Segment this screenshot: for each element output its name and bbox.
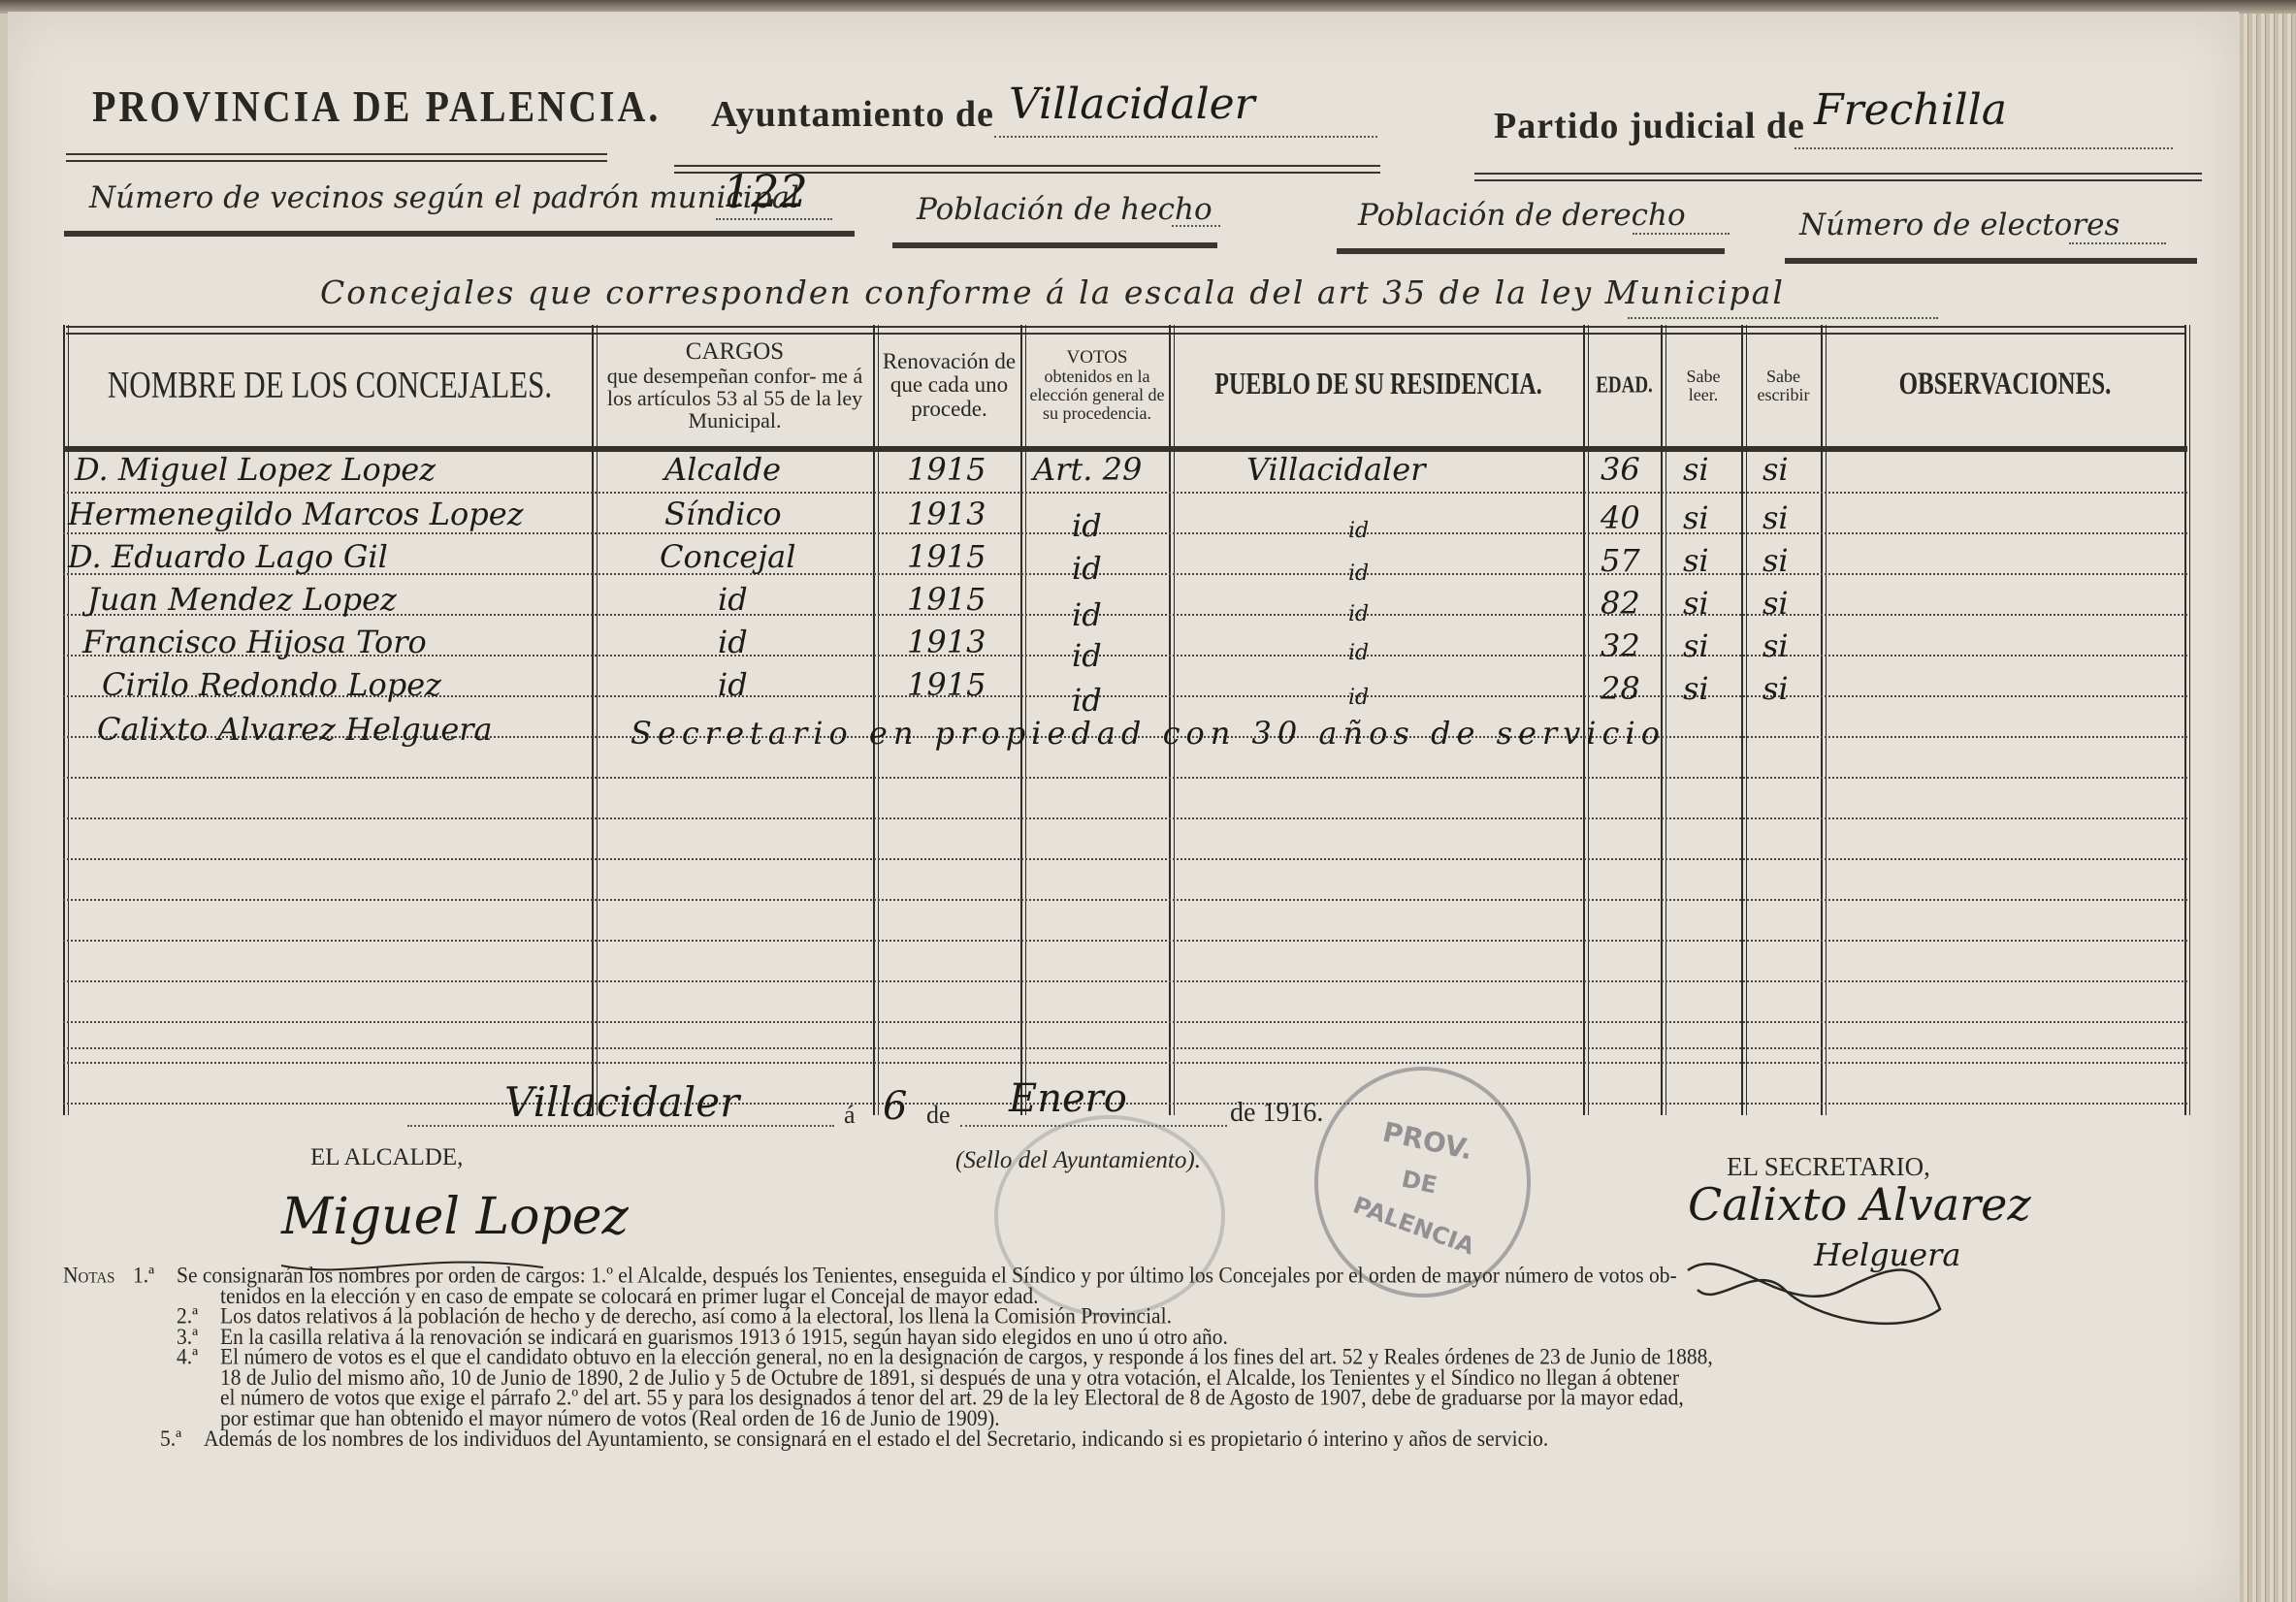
date-year: de 1916. (1230, 1098, 1323, 1129)
cell-edad: 82 (1601, 585, 1640, 622)
rule (1337, 248, 1725, 254)
col-header-leer: Sabe leer. (1665, 325, 1741, 446)
cell-edad: 36 (1601, 451, 1640, 488)
col-header-votos-title: VOTOS (1067, 348, 1128, 368)
cell-votos: id (1072, 507, 1102, 544)
col-header-cargos-sub: que desempeñan confor- me á los artículo… (604, 365, 866, 432)
cell-renovacion: 1913 (907, 496, 986, 532)
row-rule (63, 899, 2187, 901)
note-number: 1.ª (133, 1266, 177, 1286)
cell-cargo: id (718, 581, 748, 618)
cell-nombre: Hermenegildo Marcos Lopez (68, 496, 524, 532)
row-rule (63, 532, 2187, 534)
col-header-cargos: CARGOS que desempeñan confor- me á los a… (597, 325, 873, 446)
cell-pueblo: id (1348, 561, 1369, 586)
cell-pueblo: id (1348, 641, 1369, 665)
cell-edad: 32 (1601, 627, 1640, 664)
partido-value: Frechilla (1814, 85, 2007, 135)
date-place: Villacidaler (504, 1078, 739, 1126)
vecinos-dotline (716, 218, 832, 220)
row-rule (63, 940, 2187, 942)
col-header-observaciones-text: OBSERVACIONES. (1899, 368, 2112, 401)
book-gutter (0, 14, 8, 1602)
cell-nombre: Calixto Alvarez Helguera (97, 711, 493, 748)
row-rule (63, 858, 2187, 860)
cell-escribir: si (1762, 451, 1789, 488)
cell-escribir: si (1762, 499, 1789, 536)
secretario-signature-line1: Calixto Alvarez (1688, 1178, 2031, 1231)
cell-pueblo: id (1348, 686, 1369, 710)
ayuntamiento-label: Ayuntamiento de (711, 93, 994, 136)
cell-pueblo: Villacidaler (1246, 451, 1426, 488)
book-page-edges (2240, 14, 2296, 1602)
row-rule (63, 777, 2187, 779)
poblacion-derecho-dotline (1633, 233, 1730, 235)
cell-votos: id (1072, 550, 1102, 587)
subtitle-dotline (1628, 317, 1938, 319)
rule (66, 153, 607, 162)
row-rule (63, 980, 2187, 982)
col-header-renovacion-text: Renovación de que cada uno procede. (882, 350, 1018, 420)
rule (1785, 258, 2197, 264)
rule (64, 231, 855, 237)
notes-section: Notas 1.ª Se consignarán los nombres por… (63, 1266, 2197, 1450)
electores-dotline (2069, 242, 2166, 244)
cell-cargo: id (718, 666, 748, 703)
vecinos-label: Número de vecinos según el padrón munici… (89, 180, 799, 215)
col-header-observaciones: OBSERVACIONES. (1826, 325, 2184, 446)
col-header-cargos-title: CARGOS (686, 339, 784, 365)
cell-nombre: Cirilo Redondo Lopez (102, 666, 441, 703)
cell-edad: 57 (1601, 542, 1640, 579)
date-day: 6 (883, 1084, 907, 1129)
col-header-escribir: Sabe escribir (1746, 325, 1821, 446)
cell-nombre: D. Eduardo Lago Gil (68, 538, 388, 575)
col-header-edad-text: EDAD. (1596, 373, 1653, 399)
cell-renovacion: 1915 (907, 666, 986, 703)
col-header-nombre-text: NOMBRE DE LOS CONCEJALES. (108, 366, 552, 405)
table-bottom-rule (63, 1047, 2187, 1049)
cell-nombre: D. Miguel Lopez Lopez (75, 451, 436, 488)
date-de: de (926, 1101, 951, 1130)
cell-renovacion: 1915 (907, 538, 986, 575)
alcalde-label: EL ALCALDE, (310, 1144, 463, 1171)
cell-leer: si (1683, 670, 1709, 707)
cell-escribir: si (1762, 627, 1789, 664)
cell-leer: si (1683, 499, 1709, 536)
electores-label: Número de electores (1799, 208, 2119, 242)
cell-cargo: id (718, 624, 748, 660)
col-header-edad: EDAD. (1588, 325, 1661, 446)
cell-nombre: Francisco Hijosa Toro (82, 624, 427, 660)
cell-escribir: si (1762, 542, 1789, 579)
poblacion-derecho-label: Población de derecho (1358, 198, 1686, 233)
row-rule (63, 492, 2187, 494)
cell-edad: 28 (1601, 670, 1640, 707)
cell-pueblo: id (1348, 519, 1369, 543)
rule (892, 242, 1217, 248)
partido-dotline (1795, 147, 2173, 149)
col-header-pueblo-text: PUEBLO DE SU RESIDENCIA. (1214, 369, 1541, 401)
cell-leer: si (1683, 451, 1709, 488)
col-header-votos-sub: obtenidos en la elección general de su p… (1029, 368, 1165, 423)
partido-label: Partido judicial de (1494, 105, 1805, 147)
note-number: 5.ª (160, 1428, 204, 1449)
col-header-escribir-text: Sabe escribir (1750, 368, 1818, 404)
cell-votos: id (1072, 596, 1102, 633)
table-subtitle: Concejales que corresponden conforme á l… (320, 273, 1785, 311)
note-5: 5.ª Además de los nombres de los individ… (63, 1428, 2197, 1449)
cell-cargo-secretario-note: Secretario en propiedad con 30 años de s… (631, 715, 1665, 752)
col-header-leer-text: Sabe leer. (1674, 368, 1732, 404)
col-divider (2184, 325, 2190, 1115)
col-header-nombre: NOMBRE DE LOS CONCEJALES. (68, 325, 592, 446)
col-header-renovacion: Renovación de que cada uno procede. (878, 325, 1020, 446)
cell-cargo: Síndico (664, 496, 782, 532)
note-number: 4.ª (177, 1347, 220, 1367)
notes-label: Notas (63, 1266, 133, 1286)
cell-renovacion: 1913 (907, 624, 986, 660)
ayuntamiento-value: Villacidaler (1009, 80, 1255, 129)
date-a: á (844, 1101, 856, 1130)
cell-pueblo: id (1348, 602, 1369, 626)
col-header-votos: VOTOS obtenidos en la elección general d… (1025, 325, 1169, 446)
vecinos-value: 122 (723, 165, 808, 217)
rule (1474, 173, 2202, 181)
row-rule (63, 1021, 2187, 1023)
cell-leer: si (1683, 627, 1709, 664)
cell-escribir: si (1762, 585, 1789, 622)
poblacion-hecho-label: Población de hecho (917, 192, 1213, 227)
cell-leer: si (1683, 542, 1709, 579)
cell-cargo: Concejal (660, 538, 795, 575)
concejales-table: NOMBRE DE LOS CONCEJALES. CARGOS que des… (63, 325, 2187, 1115)
cell-escribir: si (1762, 670, 1789, 707)
cell-cargo: Alcalde (664, 451, 781, 488)
col-header-pueblo: PUEBLO DE SU RESIDENCIA. (1174, 325, 1583, 446)
cell-votos: id (1072, 637, 1102, 674)
ayuntamiento-dotline (994, 136, 1377, 138)
note-text: Además de los nombres de los individuos … (204, 1428, 1548, 1449)
cell-votos: Art. 29 (1033, 451, 1142, 488)
row-rule (63, 817, 2187, 819)
cell-edad: 40 (1601, 499, 1640, 536)
poblacion-hecho-dotline (1172, 225, 1220, 227)
province-title: PROVINCIA DE PALENCIA. (92, 80, 661, 132)
cell-leer: si (1683, 585, 1709, 622)
cell-nombre: Juan Mendez Lopez (87, 581, 397, 618)
cell-renovacion: 1915 (907, 581, 986, 618)
cell-renovacion: 1915 (907, 451, 986, 488)
cell-votos: id (1072, 682, 1102, 719)
alcalde-signature: Miguel Lopez (281, 1188, 629, 1246)
row-rule (63, 1062, 2187, 1064)
